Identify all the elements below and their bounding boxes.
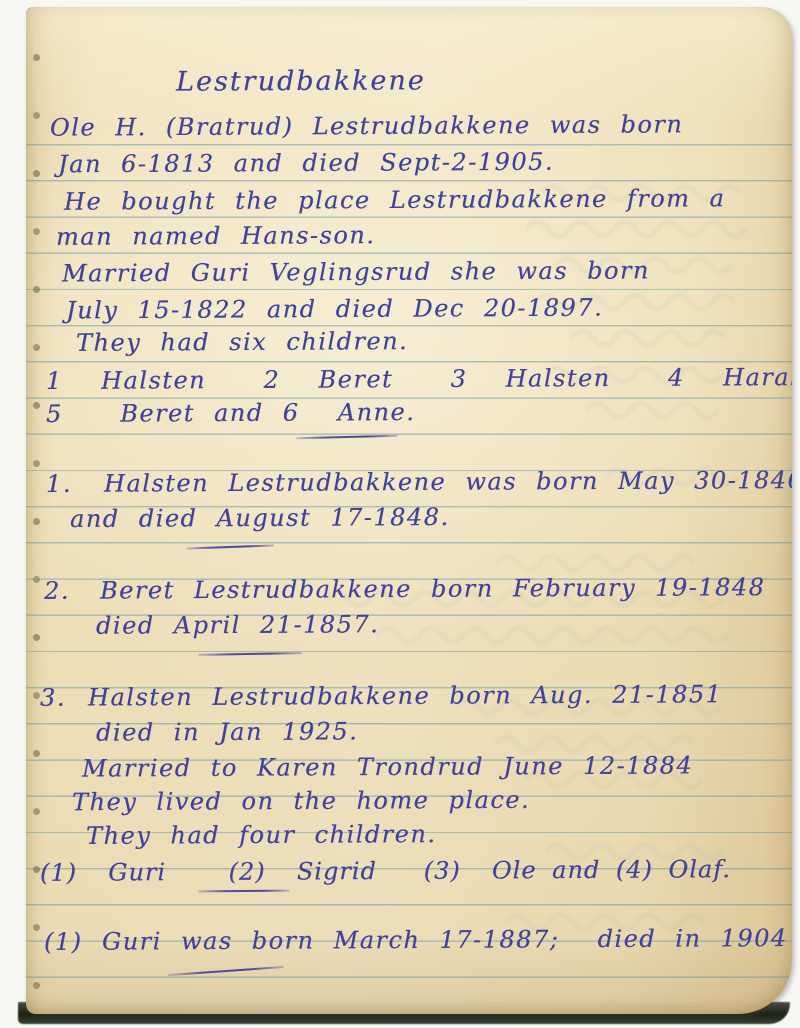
handwriting-line: and died August 17-1848. [70, 502, 450, 534]
children-list-line: (1) Guri (2) Sigrid (3) Ole and (4) Olaf… [40, 854, 731, 888]
binding-stitch-holes [33, 54, 40, 61]
entry-text: Beret Lestrudbakkene born February 19-18… [100, 573, 765, 604]
handwriting-line: Ole H. (Bratrud) Lestrudbakkene was born [50, 109, 683, 142]
entry-number: (1) [44, 927, 102, 957]
entry-text: Guri was born March 17-1887; died in 190… [102, 924, 788, 956]
handwriting-line: Jan 6-1813 and died Sept-2-1905. [58, 147, 554, 180]
children-list-line: 5 Beret and 6 Anne. [46, 397, 415, 429]
children-list-line: 1 Halsten 2 Beret 3 Halsten 4 Harald [46, 362, 792, 396]
handwriting-line: 2.Beret Lestrudbakkene born February 19-… [44, 572, 765, 606]
handwriting-line: (1)Guri was born March 17-1887; died in … [44, 923, 788, 957]
entry-number: 1. [46, 469, 104, 499]
handwriting-line: died April 21-1857. [96, 609, 379, 640]
handwriting-line: 1.Halsten Lestrudbakkene was born May 30… [46, 465, 792, 499]
handwriting-line: 3.Halsten Lestrudbakkene born Aug. 21-18… [40, 679, 722, 713]
handwriting-line: He bought the place Lestrudbakkene from … [64, 183, 725, 216]
entry-number: 3. [40, 683, 88, 713]
entry-text: Halsten Lestrudbakkene born Aug. 21-1851 [88, 680, 722, 711]
entry-number: 2. [44, 576, 100, 606]
entry-text: Halsten Lestrudbakkene was born May 30-1… [104, 466, 792, 498]
handwriting-line: man named Hans-son. [56, 220, 375, 252]
handwriting-line: They had four children. [86, 819, 437, 851]
handwriting-line: July 15-1822 and died Dec 20-1897. [66, 293, 603, 326]
handwriting-line: Married to Karen Trondrud June 12-1884 [82, 750, 693, 783]
handwriting-line: Married Guri Veglingsrud she was born [62, 255, 650, 288]
handwriting-line: They lived on the home place. [72, 785, 530, 817]
handwriting-line: They had six children. [76, 326, 408, 358]
handwriting-line: died in Jan 1925. [96, 716, 358, 747]
page-title: Lestrudbakkene [176, 66, 426, 97]
notebook-page: Lestrudbakkene Ole H. (Bratrud) Lestrudb… [26, 7, 792, 1014]
